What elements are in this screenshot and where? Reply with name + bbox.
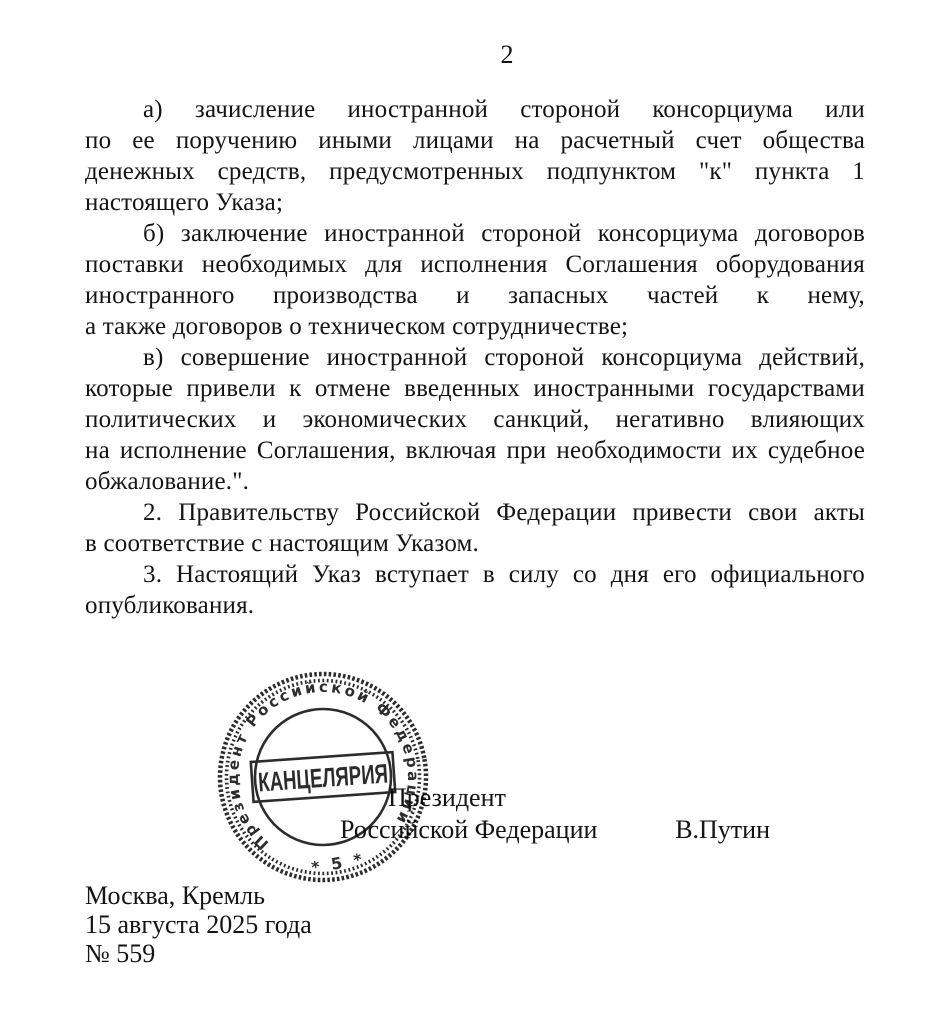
signer-name: В.Путин bbox=[675, 814, 770, 846]
paragraph-b-line: б) заключение иностранной стороной консо… bbox=[85, 218, 865, 249]
stamp-number-text: * 5 * bbox=[310, 849, 366, 877]
page-number: 2 bbox=[0, 40, 952, 70]
paragraph-v-line: обжалование.". bbox=[85, 466, 865, 497]
issuance-place: Москва, Кремль bbox=[85, 881, 312, 910]
decree-number: № 559 bbox=[85, 939, 312, 968]
paragraph-b-line: поставки необходимых для исполнения Согл… bbox=[85, 249, 865, 280]
stamp-center-text: КАНЦЕЛЯРИЯ bbox=[257, 758, 389, 797]
paragraph-v-line: в) совершение иностранной стороной консо… bbox=[85, 342, 865, 373]
paragraph-b-line: иностранного производства и запасных час… bbox=[85, 280, 865, 311]
paragraph-3-line: опубликования. bbox=[85, 590, 865, 621]
paragraph-a-line: денежных средств, предусмотренных подпун… bbox=[85, 156, 865, 187]
paragraph-a-line: а) зачисление иностранной стороной консо… bbox=[85, 94, 865, 125]
issuance-block: Москва, Кремль 15 августа 2025 года № 55… bbox=[85, 881, 312, 968]
issuance-date: 15 августа 2025 года bbox=[85, 910, 312, 939]
document-page: 2 а) зачисление иностранной стороной кон… bbox=[0, 0, 952, 1024]
chancellery-stamp-icon: Президент Российской Федерации * 5 * КАН… bbox=[202, 656, 444, 898]
paragraph-a-line: настоящего Указа; bbox=[85, 187, 865, 218]
paragraph-v-line: которые привели к отмене введенных иност… bbox=[85, 373, 865, 404]
paragraph-3-line: 3. Настоящий Указ вступает в силу со дня… bbox=[85, 559, 865, 590]
paragraph-b-line: а также договоров о техническом сотрудни… bbox=[85, 311, 865, 342]
paragraph-2-line: в соответствие с настоящим Указом. bbox=[85, 528, 865, 559]
decree-body: а) зачисление иностранной стороной консо… bbox=[85, 94, 865, 621]
paragraph-2-line: 2. Правительству Российской Федерации пр… bbox=[85, 497, 865, 528]
paragraph-v-line: политических и экономических санкций, не… bbox=[85, 404, 865, 435]
paragraph-v-line: на исполнение Соглашения, включая при не… bbox=[85, 435, 865, 466]
paragraph-a-line: по ее поручению иными лицами на расчетны… bbox=[85, 125, 865, 156]
